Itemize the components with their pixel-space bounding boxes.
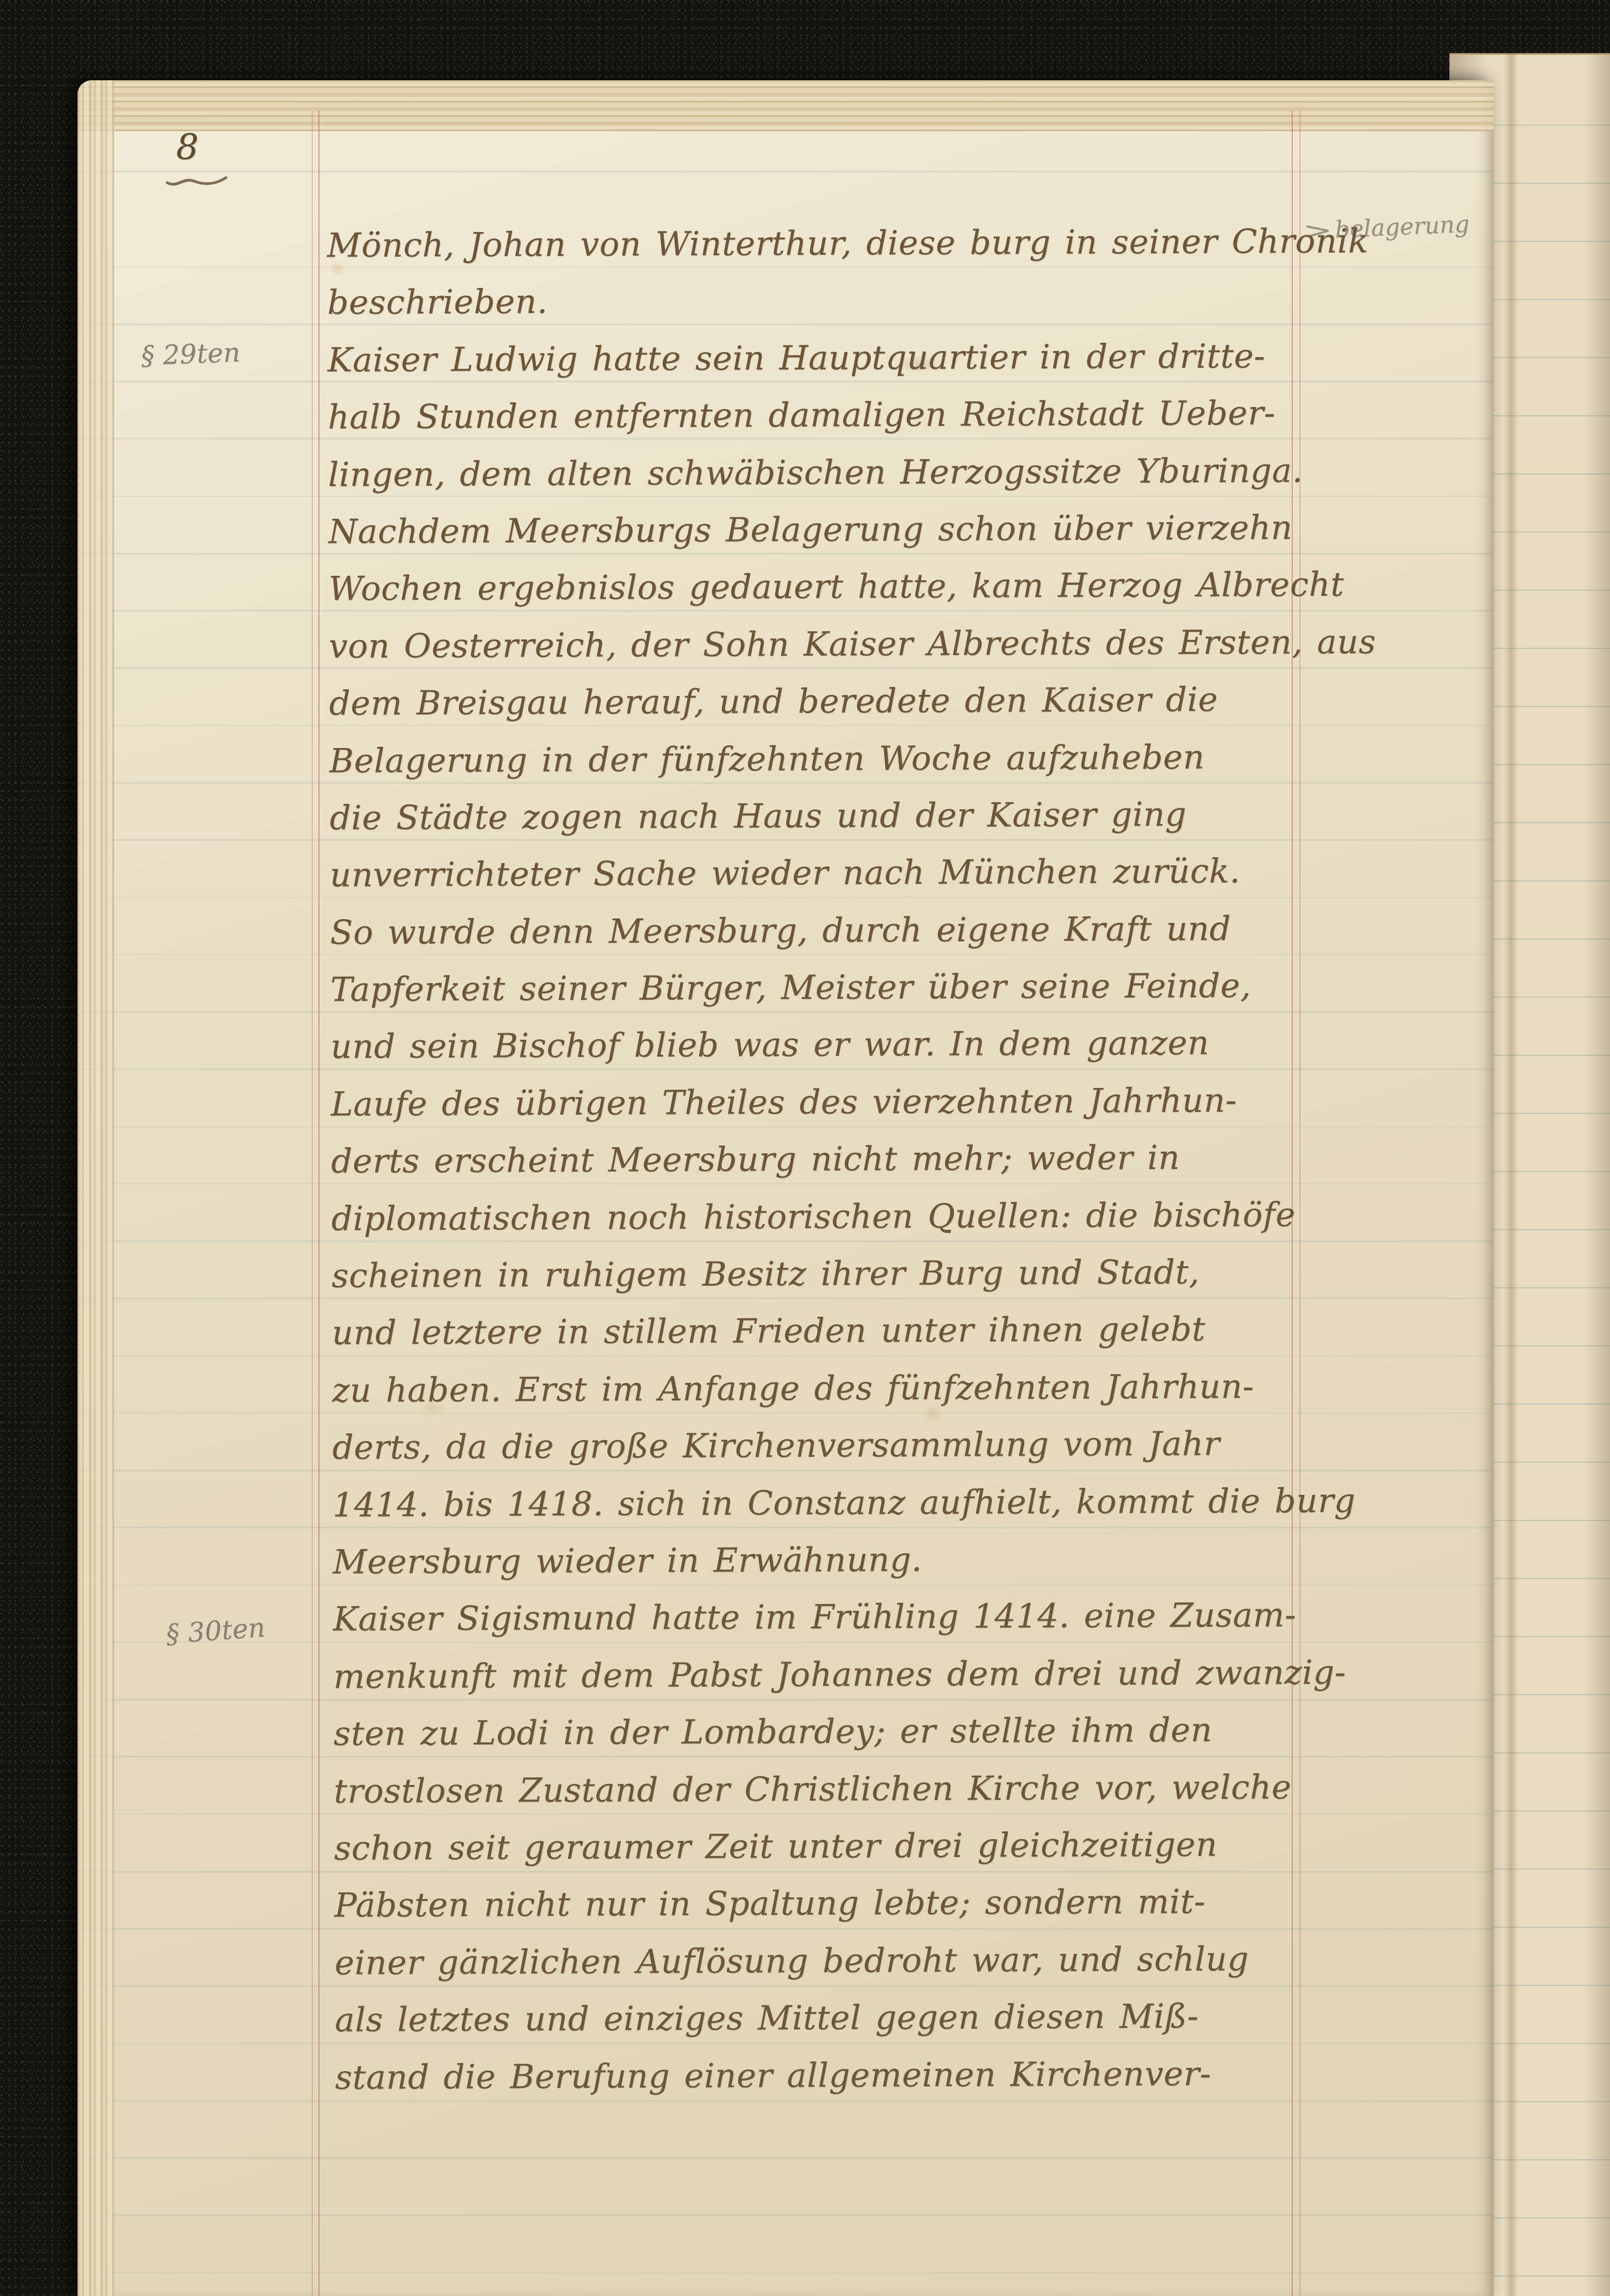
manuscript-line: stand die Berufung einer allgemeinen Kir… (335, 2045, 1309, 2107)
photo-backdrop: 8 § 29ten § 30ten >belagerung Mönch, Joh… (0, 0, 1610, 2296)
manuscript-line: die Städte zogen nach Haus und der Kaise… (329, 786, 1304, 847)
manuscript-line: lingen, dem alten schwäbischen Herzogssi… (328, 442, 1302, 504)
manuscript-line: unverrichteter Sache wieder nach München… (330, 843, 1304, 904)
facing-page-crease (1504, 53, 1518, 2296)
manuscript-line: Kaiser Ludwig hatte sein Hauptquartier i… (327, 328, 1302, 389)
manuscript-line: dem Breisgau herauf, und beredete den Ka… (329, 671, 1303, 732)
manuscript-line: als letztes und einziges Mittel gegen di… (335, 1988, 1309, 2049)
manuscript-line: scheinen in ruhigem Besitz ihrer Burg un… (332, 1244, 1306, 1305)
manuscript-line: sten zu Lodi in der Lombardey; er stellt… (333, 1701, 1308, 1763)
manuscript-line: Päbsten nicht nur in Spaltung lebte; son… (334, 1873, 1309, 1934)
pencil-annotation-paragraph-29: § 29ten (141, 337, 241, 372)
manuscript-line: Meersburg wieder in Erwähnung. (333, 1530, 1307, 1591)
manuscript-line: derts, da die große Kirchenversammlung v… (332, 1415, 1307, 1477)
manuscript-line: schon seit geraumer Zeit unter drei glei… (334, 1816, 1308, 1877)
manuscript-line: So wurde denn Meersburg, durch eigene Kr… (330, 900, 1304, 962)
manuscript-line: halb Stunden entfernten damaligen Reichs… (328, 385, 1302, 446)
manuscript-line: Kaiser Sigismund hatte im Frühling 1414.… (333, 1587, 1307, 1649)
page-number-underline-flourish (164, 173, 230, 188)
manuscript-line: einer gänzlichen Auflösung bedroht war, … (334, 1931, 1309, 1992)
page-number: 8 (176, 127, 199, 168)
manuscript-line: zu haben. Erst im Anfange des fünfzehnte… (332, 1358, 1307, 1420)
manuscript-text: Mönch, Johan von Winterthur, diese burg … (327, 213, 1310, 2107)
manuscript-line: Tapferkeit seiner Bürger, Meister über s… (330, 957, 1304, 1019)
manuscript-line: derts erscheint Meersburg nicht mehr; we… (331, 1129, 1305, 1190)
manuscript-line: Nachdem Meersburgs Belagerung schon über… (328, 499, 1303, 561)
manuscript-line: und letztere in stillem Frieden unter ih… (332, 1301, 1306, 1363)
manuscript-line: Laufe des übrigen Theiles des vierzehnte… (331, 1072, 1305, 1133)
manuscript-line: 1414. bis 1418. sich in Constanz aufhiel… (332, 1473, 1307, 1534)
left-margin-rule (318, 111, 319, 2296)
manuscript-line: Belagerung in der fünfzehnten Woche aufz… (329, 729, 1304, 790)
manuscript-line: trostlosen Zustand der Christlichen Kirc… (334, 1759, 1308, 1820)
manuscript-line: von Oesterreich, der Sohn Kaiser Albrech… (329, 614, 1303, 675)
manuscript-line: diplomatischen noch historischen Quellen… (331, 1186, 1305, 1248)
manuscript-line: und sein Bischof blieb was er war. In de… (331, 1015, 1305, 1076)
left-margin-rule (312, 111, 313, 2296)
manuscript-line: Mönch, Johan von Winterthur, diese burg … (327, 213, 1302, 275)
manuscript-line: Wochen ergebnislos gedauert hatte, kam H… (328, 557, 1303, 618)
manuscript-line: menkunft mit dem Pabst Johannes dem drei… (333, 1644, 1308, 1706)
manuscript-line: beschrieben. (327, 271, 1302, 332)
